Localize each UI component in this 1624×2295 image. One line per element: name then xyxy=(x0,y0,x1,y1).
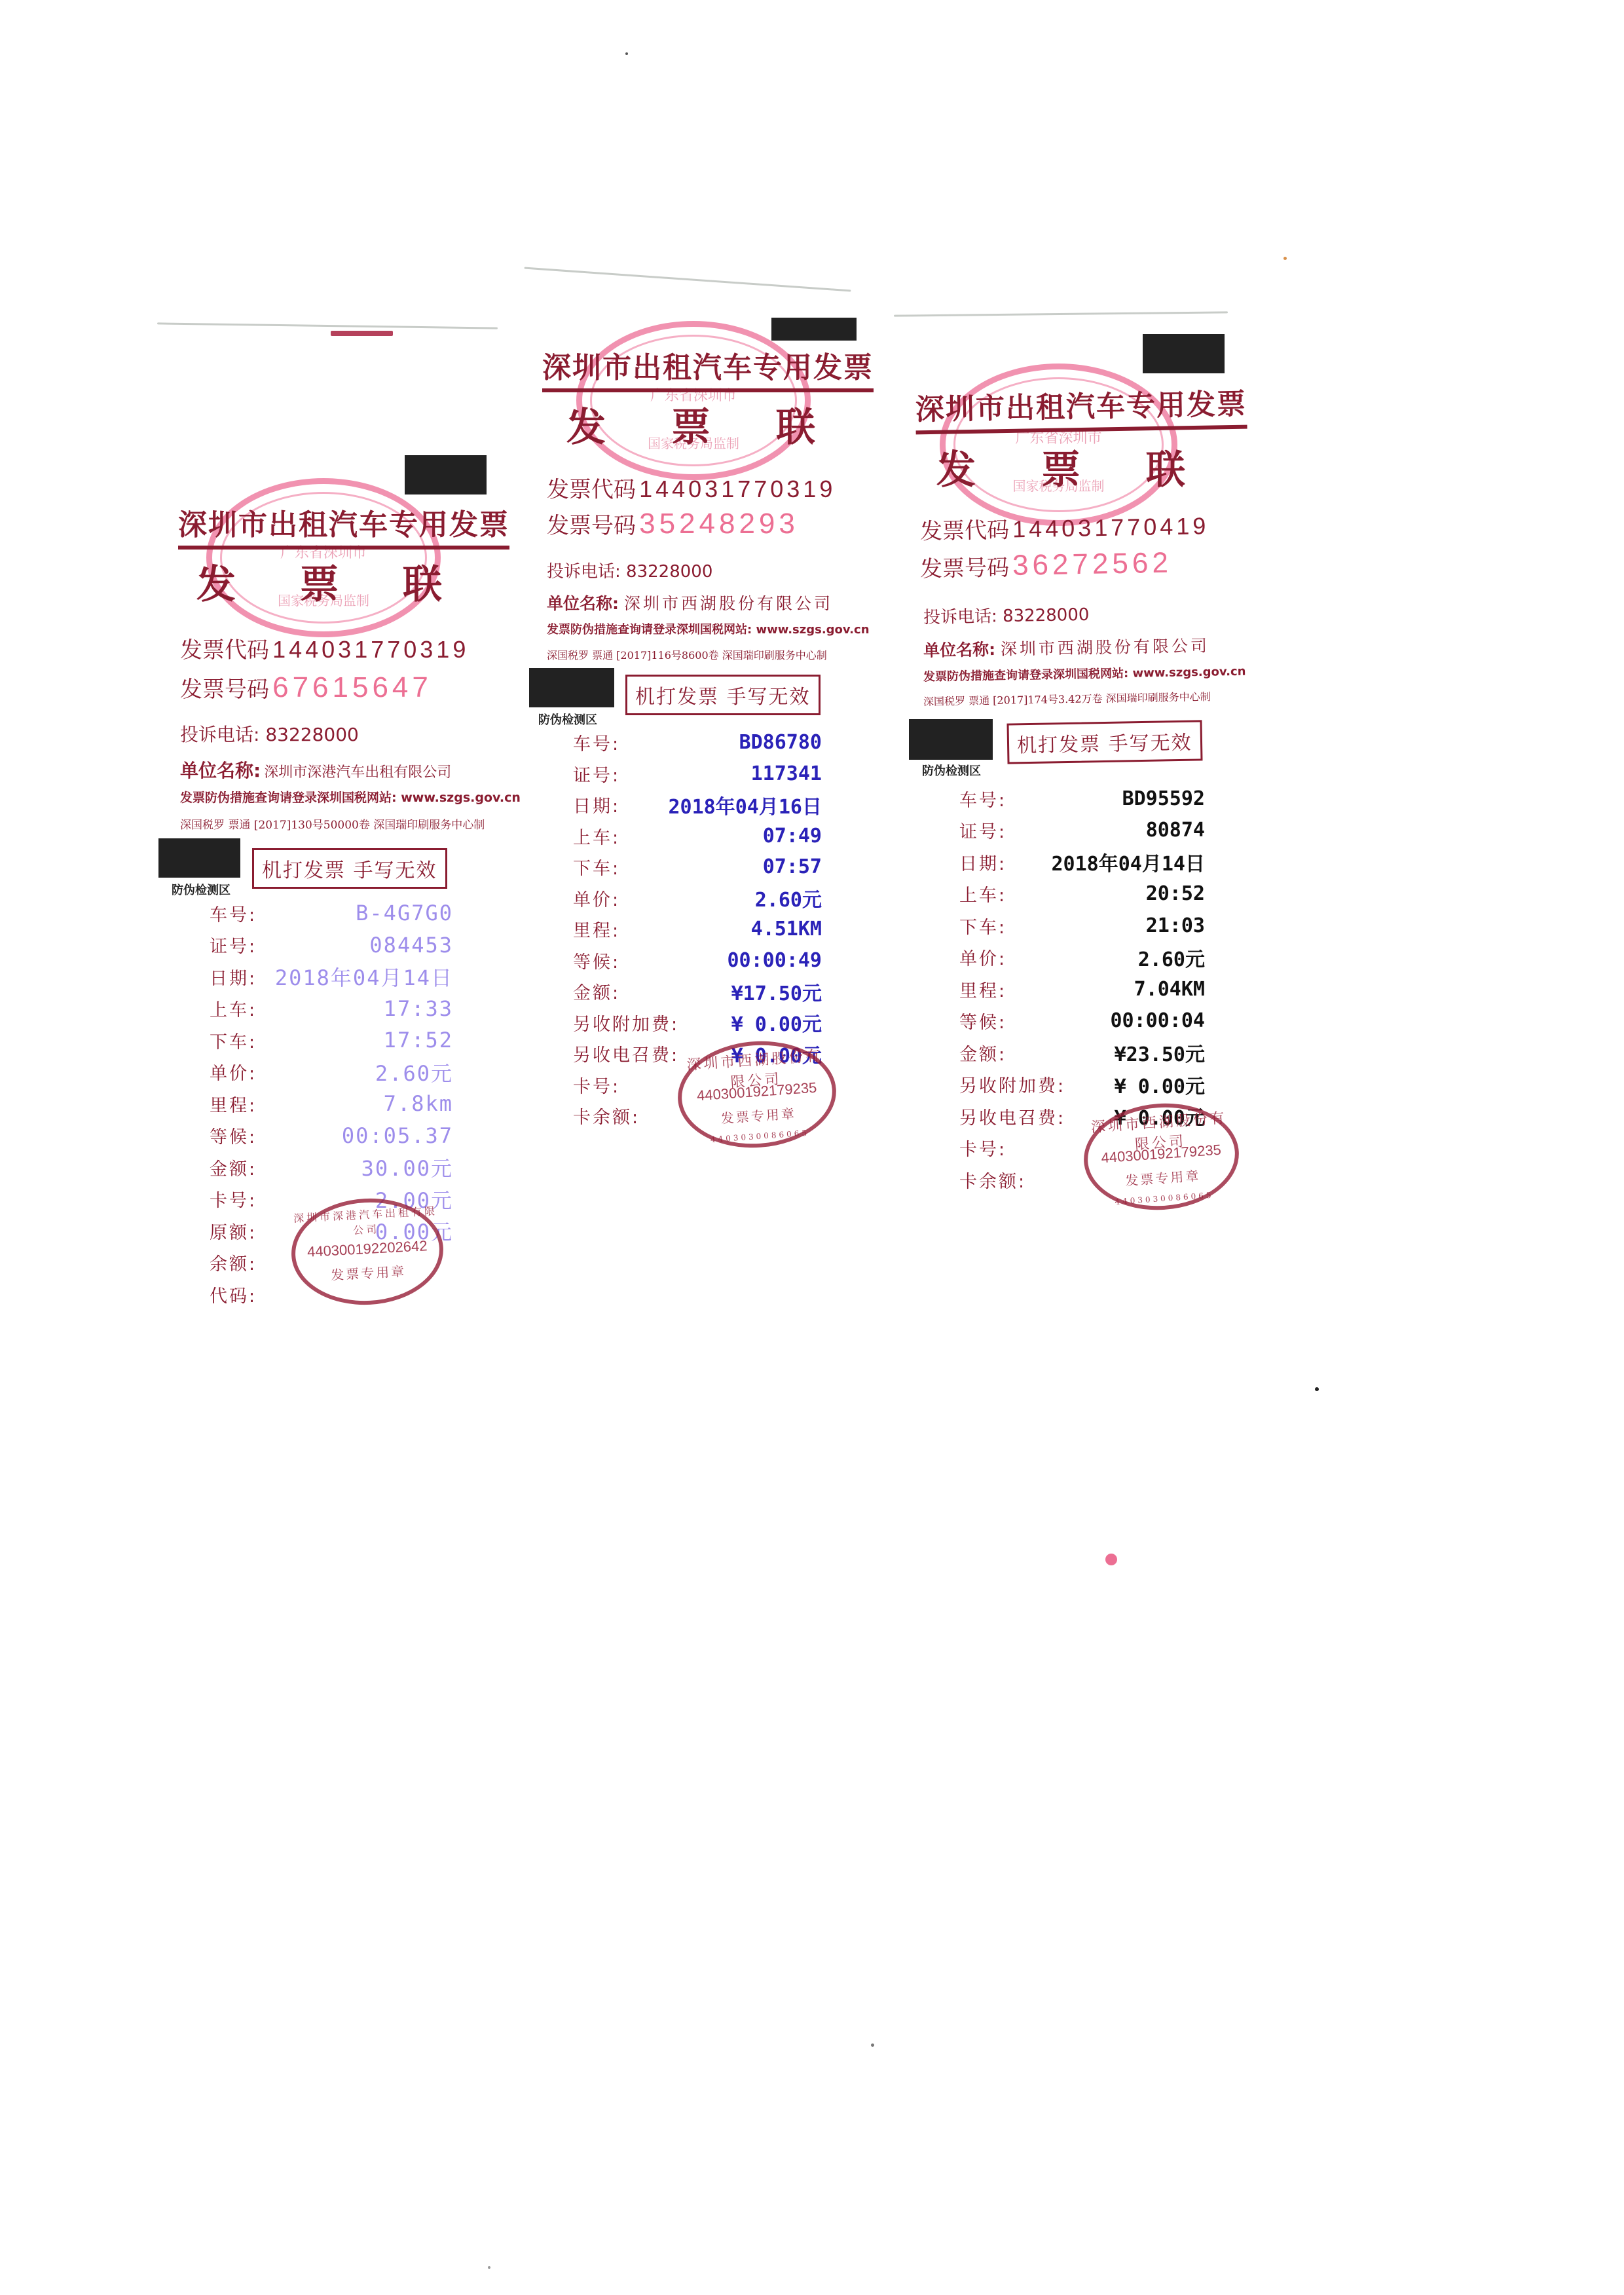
invoice-number: 发票号码 36272562 xyxy=(920,547,1173,584)
detail-row: 下车:17:52 xyxy=(210,1024,453,1056)
detail-value: 07:49 xyxy=(763,825,822,848)
detail-value: BD86780 xyxy=(739,731,822,754)
seal-number: 440300192202642 xyxy=(295,1237,439,1261)
detail-row: 日期:2018年04月16日 xyxy=(573,789,822,821)
detail-label: 金额: xyxy=(573,979,620,1004)
detail-row: 单价:2.60元 xyxy=(573,883,822,914)
detail-label: 证号: xyxy=(210,932,257,958)
detail-label: 证号: xyxy=(573,761,620,787)
detect-zone-label: 防伪检测区 xyxy=(172,881,231,898)
detail-row: 车号:B-4G7G0 xyxy=(210,897,453,929)
invoice-number-value: 67615647 xyxy=(272,671,432,703)
redaction-block xyxy=(1143,334,1225,373)
detail-value: 17:52 xyxy=(384,1028,453,1053)
invoice-number-value: 36272562 xyxy=(1012,547,1173,582)
detail-value: 00:00:04 xyxy=(1111,1009,1206,1032)
invoice-number-label: 发票号码 xyxy=(920,555,1010,582)
detail-label: 余额: xyxy=(210,1250,257,1275)
receipt-title: 深圳市出租汽车专用发票 xyxy=(178,501,509,550)
detail-value: 2.60元 xyxy=(755,884,822,912)
seal-use: 发票专用章 xyxy=(296,1259,441,1285)
detail-label: 日期: xyxy=(959,849,1006,875)
copy-char: 联 xyxy=(1146,439,1185,495)
detail-row: 下车:21:03 xyxy=(959,910,1205,942)
detail-row: 上车:20:52 xyxy=(959,878,1205,910)
anti-fake-detect-block xyxy=(529,668,614,707)
detect-zone-label: 防伪检测区 xyxy=(538,711,597,728)
detail-value: 4.51KM xyxy=(751,918,822,941)
detail-label: 里程: xyxy=(210,1091,257,1117)
company-name: 单位名称: 深圳市西湖股份有限公司 xyxy=(547,591,833,614)
seal-sub-number: 4403030086065 xyxy=(1090,1189,1238,1208)
anti-fake-detect-block xyxy=(909,719,993,760)
invoice-number-value: 35248293 xyxy=(639,508,799,540)
copy-label: 发 票 联 xyxy=(196,553,442,610)
detail-row: 另收附加费:¥ 0.00元 xyxy=(573,1007,822,1039)
detail-label: 里程: xyxy=(573,916,620,942)
receipt-right: 广东省深圳市 国家税务局监制 深圳市出租汽车专用发票 发 票 联 发票代码 14… xyxy=(897,314,1244,1231)
detail-value: BD95592 xyxy=(1122,787,1205,810)
invoice-number-label: 发票号码 xyxy=(180,677,269,703)
detail-row: 证号:084453 xyxy=(210,929,453,961)
company-name: 单位名称: 深圳市深港汽车出租有限公司 xyxy=(180,756,451,783)
invoice-code-label: 发票代码 xyxy=(547,477,636,503)
complaint-phone: 投诉电话: 83228000 xyxy=(180,720,359,747)
detail-value: 117341 xyxy=(751,762,822,785)
company-value: 深圳市西湖股份有限公司 xyxy=(624,594,833,613)
copy-char: 票 xyxy=(300,553,339,610)
detail-row: 车号:BD86780 xyxy=(573,727,822,758)
company-name: 单位名称: 深圳市西湖股份有限公司 xyxy=(923,633,1210,662)
complaint-label: 投诉电话: xyxy=(180,724,259,745)
detail-row: 下车:07:57 xyxy=(573,851,822,883)
copy-char: 票 xyxy=(671,396,710,453)
receipt-title: 深圳市出租汽车专用发票 xyxy=(915,381,1247,435)
detail-label: 另收电召费: xyxy=(959,1104,1065,1129)
detail-row: 里程:7.04KM xyxy=(959,973,1205,1005)
detail-value: B-4G7G0 xyxy=(356,901,453,925)
complaint-value: 83228000 xyxy=(626,562,712,582)
detail-label: 车号: xyxy=(959,786,1006,812)
copy-char: 发 xyxy=(936,439,976,495)
detail-value: 7.8km xyxy=(384,1091,453,1116)
detail-row: 等候:00:00:04 xyxy=(959,1005,1205,1037)
detail-label: 下车: xyxy=(959,913,1006,939)
detail-label: 等候: xyxy=(959,1008,1006,1034)
seal-sub-number: 4403030086065 xyxy=(684,1127,835,1146)
dust-speck xyxy=(1315,1387,1319,1391)
copy-char: 联 xyxy=(776,396,815,453)
anti-fake-notice: 发票防伪措施查询请登录深圳国税网站: www.szgs.gov.cn xyxy=(547,620,870,637)
detail-label: 金额: xyxy=(959,1040,1006,1066)
invoice-code: 发票代码 144031770319 xyxy=(180,632,469,664)
dust-speck xyxy=(488,2266,490,2269)
detail-label: 卡号: xyxy=(210,1186,257,1212)
detail-row: 金额:30.00元 xyxy=(210,1151,453,1184)
redaction-block xyxy=(405,455,487,494)
detail-label: 上车: xyxy=(573,823,620,849)
detail-row: 单价:2.60元 xyxy=(210,1056,453,1089)
machine-print-notice: 机打发票 手写无效 xyxy=(252,848,447,889)
detail-label: 卡号: xyxy=(959,1135,1006,1161)
invoice-code-value: 144031770419 xyxy=(1012,512,1209,542)
detail-label: 日期: xyxy=(210,964,257,990)
detail-value: 2.60元 xyxy=(375,1057,453,1087)
copy-char: 票 xyxy=(1041,439,1080,495)
company-label: 单位名称: xyxy=(547,594,619,613)
copy-label: 发 票 联 xyxy=(566,396,815,453)
complaint-value: 83228000 xyxy=(1003,605,1090,626)
detail-row: 日期:2018年04月14日 xyxy=(959,846,1205,878)
invoice-number: 发票号码 35248293 xyxy=(547,508,799,540)
anti-fake-notice: 发票防伪措施查询请登录深圳国税网站: www.szgs.gov.cn xyxy=(180,788,521,806)
detail-row: 证号:117341 xyxy=(573,758,822,790)
redaction-block xyxy=(771,318,857,341)
company-value: 深圳市西湖股份有限公司 xyxy=(1001,636,1209,659)
invoice-number-label: 发票号码 xyxy=(547,513,636,539)
detail-label: 单价: xyxy=(210,1059,257,1085)
copy-char: 联 xyxy=(403,553,442,610)
detail-label: 卡号: xyxy=(573,1072,620,1098)
detail-value: ¥ 0.00元 xyxy=(1115,1070,1205,1099)
dust-speck xyxy=(625,52,628,55)
complaint-label: 投诉电话: xyxy=(923,606,997,627)
invoice-code-value: 144031770319 xyxy=(639,476,836,502)
detail-row: 证号:80874 xyxy=(959,815,1205,847)
invoice-code-value: 144031770319 xyxy=(272,636,469,663)
detail-value: 2018年04月14日 xyxy=(1052,848,1206,876)
detail-label: 等候: xyxy=(573,948,620,973)
invoice-code: 发票代码 144031770419 xyxy=(920,508,1209,546)
detail-value: 00:00:49 xyxy=(728,949,822,972)
detail-value: 21:03 xyxy=(1146,914,1205,937)
complaint-value: 83228000 xyxy=(265,724,359,745)
detail-label: 车号: xyxy=(573,730,620,755)
detail-row: 里程:4.51KM xyxy=(573,914,822,945)
detail-value: 07:57 xyxy=(763,855,822,878)
anti-fake-detect-block xyxy=(158,838,240,878)
detail-value: 17:33 xyxy=(384,996,453,1021)
dust-speck xyxy=(1283,257,1287,260)
detect-zone-label: 防伪检测区 xyxy=(922,762,981,779)
detail-row: 等候:00:00:49 xyxy=(573,945,822,977)
detail-row: 另收附加费:¥ 0.00元 xyxy=(959,1069,1205,1101)
copy-char: 发 xyxy=(196,553,236,610)
detail-label: 卡余额: xyxy=(573,1103,640,1129)
detail-value: ¥23.50元 xyxy=(1115,1038,1205,1067)
seal-use: 发票专用章 xyxy=(1088,1163,1236,1192)
company-value: 深圳市深港汽车出租有限公司 xyxy=(264,764,451,781)
detail-label: 另收附加费: xyxy=(959,1072,1065,1097)
detail-row: 日期:2018年04月14日 xyxy=(210,961,453,993)
dust-speck xyxy=(871,2043,874,2047)
detail-label: 下车: xyxy=(210,1028,257,1053)
detail-label: 证号: xyxy=(959,817,1006,843)
complaint-phone: 投诉电话: 83228000 xyxy=(547,558,712,582)
detail-value: 30.00元 xyxy=(361,1152,453,1182)
machine-print-notice: 机打发票 手写无效 xyxy=(625,675,821,715)
detail-label: 上车: xyxy=(210,996,257,1021)
detail-label: 日期: xyxy=(573,792,620,817)
receipt-middle: 广东省深圳市 国家税务局监制 深圳市出租汽车专用发票 发 票 联 发票代码 14… xyxy=(524,275,858,1179)
detail-row: 车号:BD95592 xyxy=(959,783,1205,815)
detail-value: 2018年04月16日 xyxy=(669,791,822,819)
detail-value: ¥17.50元 xyxy=(731,977,822,1006)
detail-label: 金额: xyxy=(210,1155,257,1180)
detail-label: 上车: xyxy=(959,881,1006,906)
detail-value: 20:52 xyxy=(1146,882,1205,905)
company-label: 单位名称: xyxy=(923,640,995,660)
detail-value: 2018年04月14日 xyxy=(275,961,453,992)
receipt-title: 深圳市出租汽车专用发票 xyxy=(542,344,874,392)
detail-label: 里程: xyxy=(959,977,1006,1002)
detail-row: 金额:¥17.50元 xyxy=(573,976,822,1007)
detail-label: 另收电召费: xyxy=(573,1041,679,1066)
detail-row: 上车:17:33 xyxy=(210,993,453,1025)
invoice-code-label: 发票代码 xyxy=(180,637,269,663)
detail-value: 80874 xyxy=(1146,819,1205,842)
detail-label: 原额: xyxy=(210,1218,257,1244)
print-note: 深国税罗 票通 [2017]130号50000卷 深国瑞印刷服务中心制 xyxy=(180,815,485,832)
invoice-number: 发票号码 67615647 xyxy=(180,671,432,704)
detail-row: 金额:¥23.50元 xyxy=(959,1037,1205,1069)
detail-row: 里程:7.8km xyxy=(210,1088,453,1120)
detail-label: 单价: xyxy=(573,886,620,911)
detail-label: 下车: xyxy=(573,854,620,880)
detail-label: 代码: xyxy=(210,1282,257,1307)
complaint-phone: 投诉电话: 83228000 xyxy=(923,601,1090,628)
detail-value: 084453 xyxy=(369,933,453,958)
invoice-code-label: 发票代码 xyxy=(920,517,1010,544)
detail-label: 卡余额: xyxy=(959,1167,1026,1193)
complaint-label: 投诉电话: xyxy=(547,562,621,582)
detail-label: 等候: xyxy=(210,1123,257,1148)
machine-print-notice: 机打发票 手写无效 xyxy=(1006,720,1202,764)
print-note: 深国税罗 票通 [2017]116号8600卷 深国瑞印刷服务中心制 xyxy=(547,647,827,662)
detail-label: 车号: xyxy=(210,901,257,926)
detail-label: 另收附加费: xyxy=(573,1010,679,1036)
detail-row: 上车:07:49 xyxy=(573,821,822,852)
ink-smudge xyxy=(1105,1554,1117,1565)
invoice-code: 发票代码 144031770319 xyxy=(547,472,836,504)
detail-label: 单价: xyxy=(959,944,1006,970)
detail-value: 00:05.37 xyxy=(342,1123,453,1148)
seal-use: 发票专用章 xyxy=(682,1100,834,1130)
detail-value: 2.60元 xyxy=(1138,943,1205,972)
detail-row: 等候:00:05.37 xyxy=(210,1120,453,1152)
detail-value: ¥ 0.00元 xyxy=(731,1008,822,1037)
company-label: 单位名称: xyxy=(180,760,261,781)
copy-char: 发 xyxy=(566,396,606,453)
detail-row: 单价:2.60元 xyxy=(959,942,1205,974)
detail-value: 7.04KM xyxy=(1134,978,1205,1001)
copy-label: 发 票 联 xyxy=(936,439,1185,495)
anti-fake-notice: 发票防伪措施查询请登录深圳国税网站: www.szgs.gov.cn xyxy=(923,662,1246,685)
print-note: 深国税罗 票通 [2017]174号3.42万卷 深国瑞印刷服务中心制 xyxy=(923,688,1211,709)
receipt-left: 广东省深圳市 国家税务局监制 深圳市出租汽车专用发票 发 票 联 发票代码 14… xyxy=(157,327,498,1323)
company-invoice-seal: 深圳市西湖股份有限公司 440300192179235 发票专用章 440303… xyxy=(1080,1098,1243,1215)
company-invoice-seal: 深圳市西湖股份有限公司 440300192179235 发票专用章 440303… xyxy=(674,1036,840,1153)
